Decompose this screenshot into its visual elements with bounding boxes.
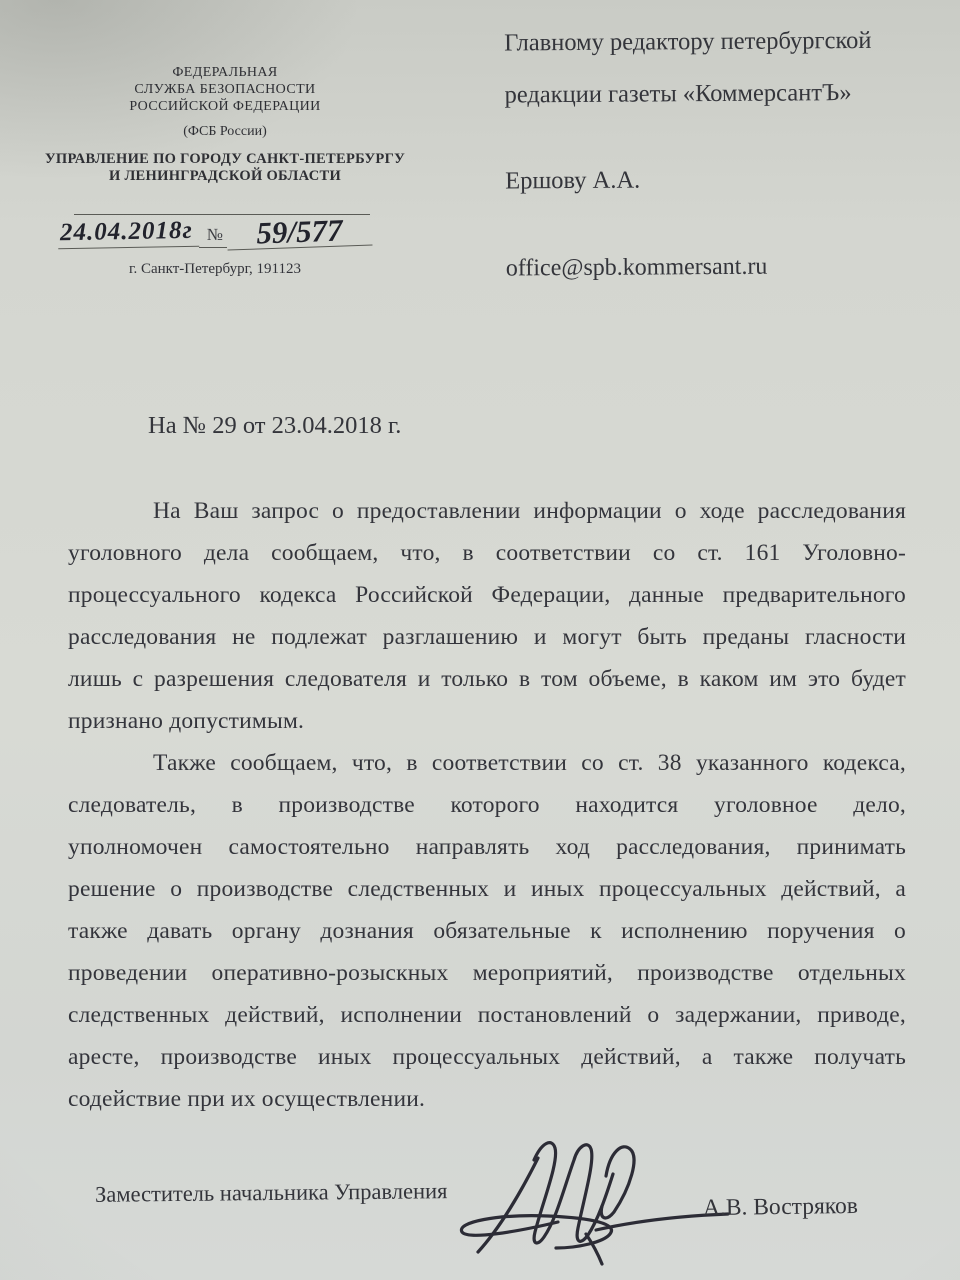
signatory-title: Заместитель начальника Управления — [95, 1178, 448, 1208]
signature-scribble — [438, 1136, 730, 1268]
addressee-role-line: Главному редактору петербургской — [504, 27, 924, 58]
letter-body: На Ваш запрос о предоставлении информаци… — [68, 490, 906, 1120]
body-line: процессуального кодекса Российской Федер… — [68, 574, 906, 616]
body-line: лишь с разрешения следователя и только в… — [68, 658, 906, 700]
body-line: также давать органу дознания обязательны… — [68, 910, 906, 952]
addressee-name: Ершову А.А. — [505, 165, 925, 196]
outgoing-ref-block: 24.04.2018г № 59/577 г. Санкт-Петербург,… — [58, 214, 372, 278]
addressee-role-line: редакции газеты «КоммерсантЪ» — [504, 79, 924, 110]
body-line: аресте, производстве иных процессуальных… — [68, 1036, 906, 1078]
org-name-line: РОССИЙСКОЙ ФЕДЕРАЦИИ — [25, 98, 425, 115]
body-line: признано допустимым. — [68, 700, 906, 742]
org-abbreviation: (ФСБ России) — [25, 124, 425, 140]
body-line: следователь, в производстве которого нах… — [68, 784, 906, 826]
outgoing-ref-row: 24.04.2018г № 59/577 — [58, 217, 372, 248]
body-line: уголовного дела сообщаем, что, в соответ… — [68, 532, 906, 574]
body-paragraph: На Ваш запрос о предоставлении информаци… — [68, 490, 906, 742]
body-paragraph: Также сообщаем, что, в соответствии со с… — [68, 742, 906, 1120]
scanned-letter-page: ФЕДЕРАЛЬНАЯ СЛУЖБА БЕЗОПАСНОСТИ РОССИЙСК… — [0, 0, 960, 1280]
addressee-block: Главному редактору петербургской редакци… — [504, 27, 926, 283]
number-sign: № — [199, 225, 227, 248]
body-line: уполномочен самостоятельно направлять хо… — [68, 826, 906, 868]
body-line: следственных действий, исполнении постан… — [68, 994, 906, 1036]
org-name-line: ФЕДЕРАЛЬНАЯ — [25, 64, 425, 81]
body-line: Также сообщаем, что, в соответствии со с… — [68, 742, 906, 784]
directorate-name-line: УПРАВЛЕНИЕ ПО ГОРОДУ САНКТ-ПЕТЕРБУРГУ — [25, 151, 425, 168]
body-line: содействие при их осуществлении. — [68, 1078, 906, 1120]
outgoing-number-handwritten: 59/577 — [226, 214, 372, 250]
signatory-name: А.В. Востряков — [703, 1193, 858, 1222]
reference-line: На № 29 от 23.04.2018 г. — [148, 412, 401, 440]
org-name-line: СЛУЖБА БЕЗОПАСНОСТИ — [25, 81, 425, 98]
body-line: На Ваш запрос о предоставлении информаци… — [68, 490, 906, 532]
directorate-name-line: И ЛЕНИНГРАДСКОЙ ОБЛАСТИ — [25, 168, 425, 185]
city-postcode-line: г. Санкт-Петербург, 191123 — [58, 261, 372, 278]
letterhead: ФЕДЕРАЛЬНАЯ СЛУЖБА БЕЗОПАСНОСТИ РОССИЙСК… — [25, 64, 425, 185]
addressee-email: office@spb.kommersant.ru — [506, 253, 926, 283]
body-line: расследования не подлежат разглашению и … — [68, 616, 906, 658]
body-line: решение о производстве следственных и ин… — [68, 868, 906, 910]
body-line: проведении оперативно-розыскных мероприя… — [68, 952, 906, 994]
outgoing-date-handwritten: 24.04.2018г — [58, 217, 199, 249]
